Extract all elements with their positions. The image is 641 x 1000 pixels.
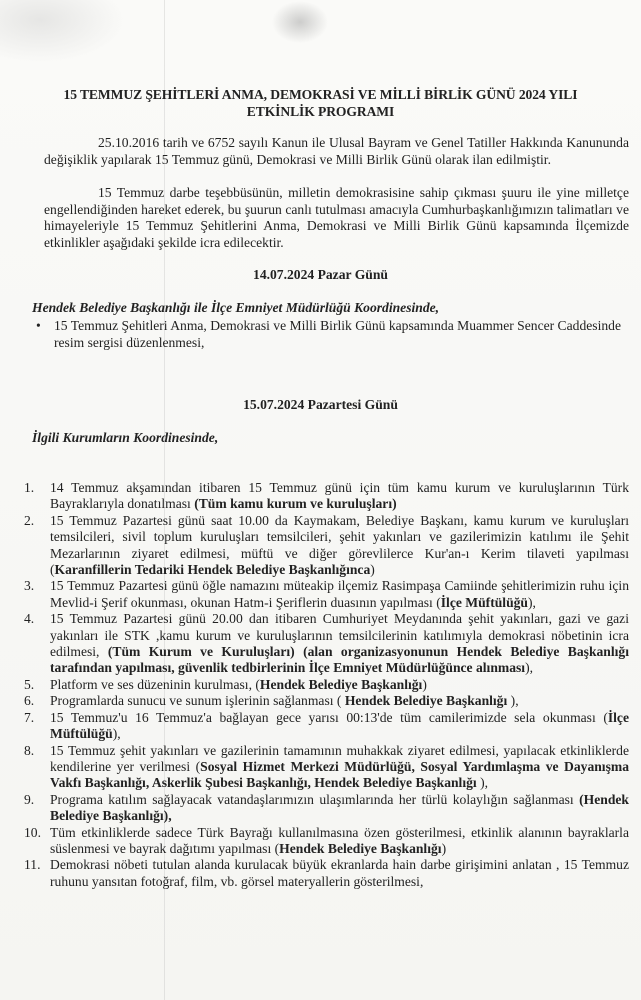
program-item: 11.Demokrasi nöbeti tutulan alanda kurul… [22,857,629,890]
item-text: 15 Temmuz Pazartesi günü öğle namazını m… [50,578,629,611]
item-number: 6. [22,693,50,709]
program-item: 5.Platform ve ses düzeninin kurulması, (… [22,677,629,693]
bullet-marker: • [36,318,54,351]
program-item: 8.15 Temmuz şehit yakınları ve gazilerin… [22,743,629,792]
day1-bullet-item: • 15 Temmuz Şehitleri Anma, Demokrasi ve… [36,318,629,351]
item-number: 11. [22,857,50,890]
program-item: 10.Tüm etkinliklerde sadece Türk Bayrağı… [22,825,629,858]
item-number: 9. [22,792,50,825]
item-number: 10. [22,825,50,858]
intro-paragraph-2: 15 Temmuz darbe teşebbüsünün, milletin d… [44,185,629,251]
responsible-institution: İlçe Müftülüğü [441,595,528,610]
day1-coordination: Hendek Belediye Başkanlığı ile İlçe Emni… [32,300,439,316]
item-text: Demokrasi nöbeti tutulan alanda kurulaca… [50,857,629,890]
item-number: 5. [22,677,50,693]
document-title: 15 TEMMUZ ŞEHİTLERİ ANMA, DEMOKRASİ VE M… [0,86,641,120]
responsible-institution: İlçe Müftülüğü [50,710,629,741]
item-text: 15 Temmuz Pazartesi günü 20.00 dan itiba… [50,611,629,677]
responsible-institution: Hendek Belediye Başkanlığı [345,693,507,708]
program-item: 2.15 Temmuz Pazartesi günü saat 10.00 da… [22,513,629,579]
program-item: 1.14 Temmuz akşamından itibaren 15 Temmu… [22,480,629,513]
day2-coordination: İlgili Kurumların Koordinesinde, [32,430,218,446]
item-text: Programa katılım sağlayacak vatandaşları… [50,792,629,825]
responsible-institution: Hendek Belediye Başkanlığı [279,841,441,856]
program-item: 6.Programlarda sunucu ve sunum işlerinin… [22,693,629,709]
title-line-2: ETKİNLİK PROGRAMI [0,103,641,120]
program-item: 7.15 Temmuz'u 16 Temmuz'a bağlayan gece … [22,710,629,743]
responsible-institution: (Tüm kamu kurum ve kuruluşları) [194,496,396,511]
scanned-page: 15 TEMMUZ ŞEHİTLERİ ANMA, DEMOKRASİ VE M… [0,0,641,1000]
item-number: 7. [22,710,50,743]
item-number: 4. [22,611,50,677]
program-item-list: 1.14 Temmuz akşamından itibaren 15 Temmu… [22,480,629,890]
item-text: Platform ve ses düzeninin kurulması, (He… [50,677,629,693]
day2-heading: 15.07.2024 Pazartesi Günü [0,397,641,413]
day1-heading: 14.07.2024 Pazar Günü [0,267,641,283]
program-item: 3.15 Temmuz Pazartesi günü öğle namazını… [22,578,629,611]
item-text: Tüm etkinliklerde sadece Türk Bayrağı ku… [50,825,629,858]
responsible-institution: (Hendek Belediye Başkanlığı), [50,792,629,823]
item-text: 15 Temmuz şehit yakınları ve gazilerinin… [50,743,629,792]
item-text: 15 Temmuz'u 16 Temmuz'a bağlayan gece ya… [50,710,629,743]
bullet-text: 15 Temmuz Şehitleri Anma, Demokrasi ve M… [54,318,629,351]
item-text: 14 Temmuz akşamından itibaren 15 Temmuz … [50,480,629,513]
item-text: 15 Temmuz Pazartesi günü saat 10.00 da K… [50,513,629,579]
responsible-institution: Hendek Belediye Başkanlığı [260,677,422,692]
item-text: Programlarda sunucu ve sunum işlerinin s… [50,693,629,709]
responsible-institution: Sosyal Hizmet Merkezi Müdürlüğü, Sosyal … [50,759,629,790]
intro-paragraph-1: 25.10.2016 tarih ve 6752 sayılı Kanun il… [44,135,629,168]
title-line-1: 15 TEMMUZ ŞEHİTLERİ ANMA, DEMOKRASİ VE M… [0,86,641,103]
program-item: 4.15 Temmuz Pazartesi günü 20.00 dan iti… [22,611,629,677]
item-number: 8. [22,743,50,792]
program-item: 9.Programa katılım sağlayacak vatandaşla… [22,792,629,825]
item-number: 3. [22,578,50,611]
responsible-institution: (Tüm Kurum ve Kuruluşları) (alan organiz… [50,644,629,675]
item-number: 2. [22,513,50,579]
item-number: 1. [22,480,50,513]
responsible-institution: Karanfillerin Tedariki Hendek Belediye B… [55,562,371,577]
